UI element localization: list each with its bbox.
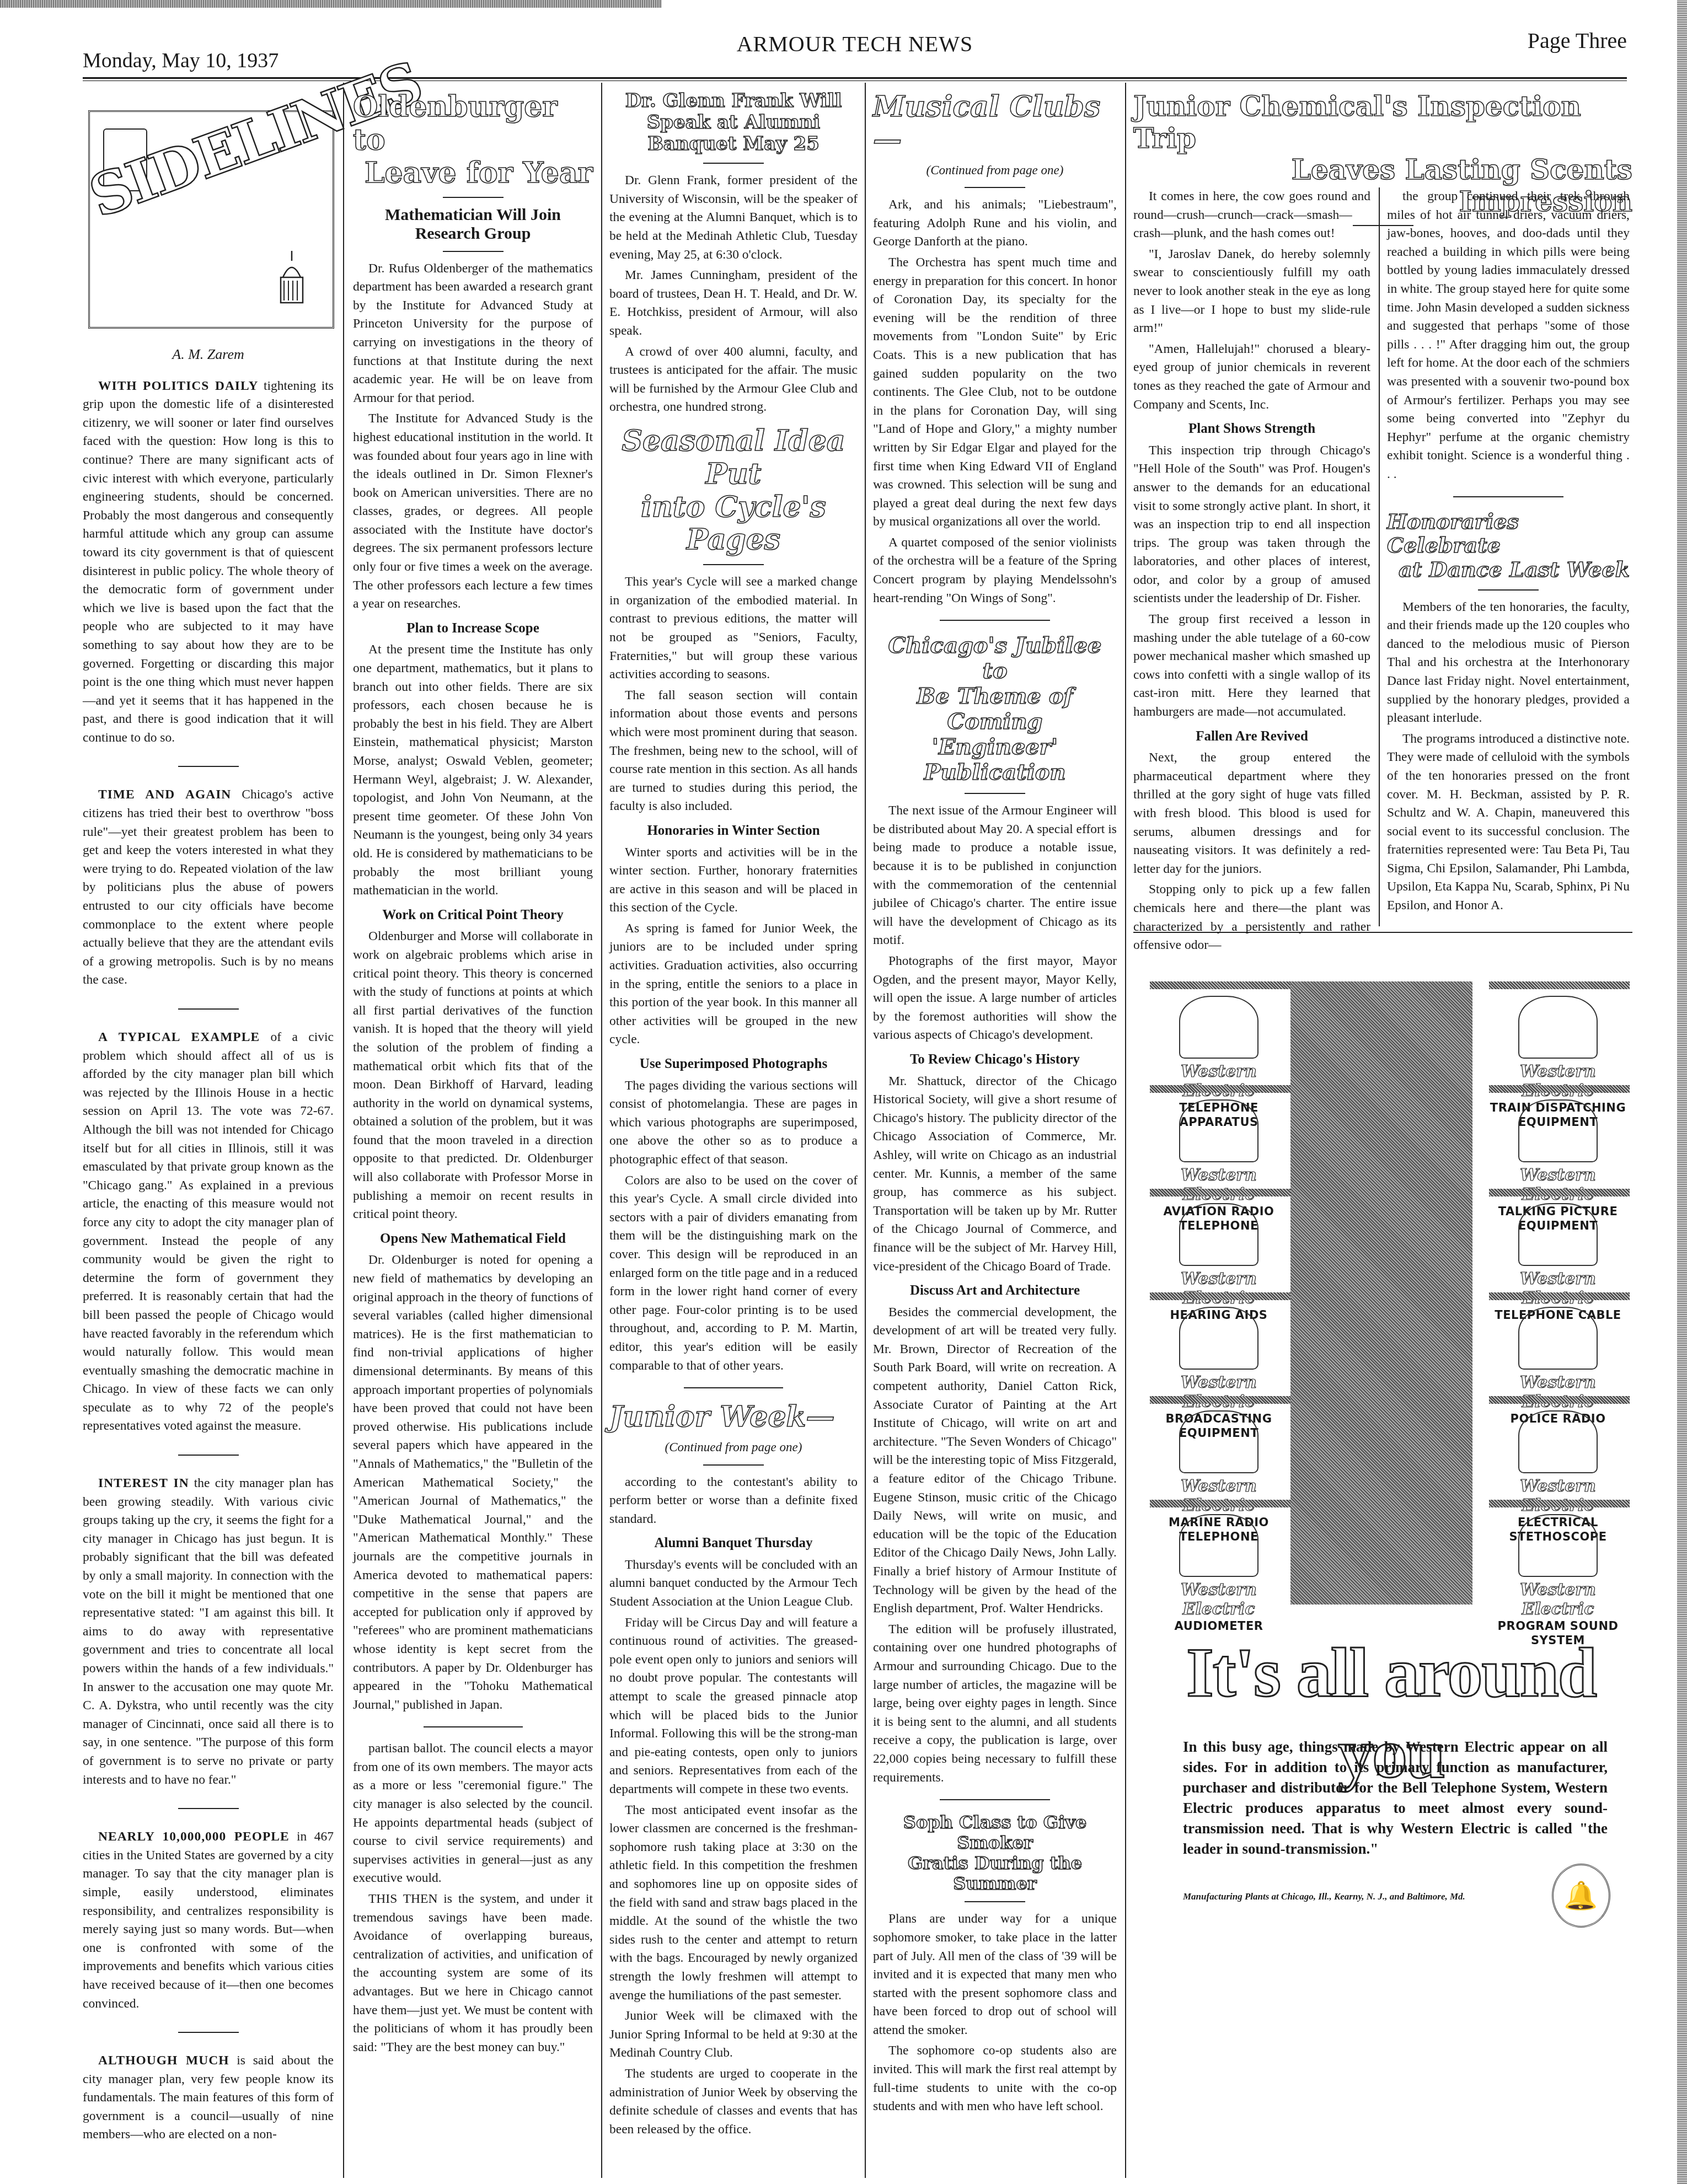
brand-script: Western Electric — [1150, 1062, 1288, 1101]
divider — [965, 187, 1025, 188]
ad-band — [1489, 1500, 1630, 1507]
jubilee-body: The next issue of the Armour Engineer wi… — [873, 802, 1117, 1045]
cycle-body: The pages dividing the various sections … — [609, 1077, 858, 1376]
paragraph: The most anticipated event insofar as th… — [609, 1801, 858, 2005]
ad-band — [1150, 1189, 1290, 1196]
product-illustration-icon — [1518, 1307, 1598, 1370]
jubilee-headline: Chicago's Jubilee to Be Theme of Coming … — [873, 633, 1117, 785]
divider — [1453, 496, 1563, 497]
product-illustration-icon — [1179, 1099, 1258, 1162]
ad-band — [1489, 1189, 1630, 1196]
brand-script: Western Electric — [1150, 1269, 1288, 1308]
ad-band — [1489, 1396, 1630, 1404]
honoraries-body: Members of the ten honoraries, the facul… — [1387, 598, 1630, 915]
headline-line: Gratis During the Summer — [873, 1853, 1117, 1894]
body: Oldenburger and Morse will collaborate i… — [353, 927, 593, 1224]
chemical-col-1: It comes in here, the cow goes round and… — [1133, 187, 1370, 957]
lead-in: INTEREST IN — [98, 1476, 189, 1490]
paragraph: Photographs of the first mayor, Mayor Og… — [873, 952, 1117, 1045]
ad-product: Western Electric AUDIOMETER — [1150, 1511, 1288, 1633]
paragraph: The pages dividing the various sections … — [609, 1077, 858, 1169]
paragraph: Plans are under way for a unique sophomo… — [873, 1910, 1117, 2040]
ad-copy: In this busy age, things made by Western… — [1183, 1737, 1608, 1859]
bell-system-seal-icon: 🔔 — [1552, 1864, 1610, 1928]
divider — [965, 1901, 1025, 1902]
sidelines-paragraph: ALTHOUGH MUCH is said about the city man… — [83, 2052, 334, 2144]
juniorweek-headline: Junior Week— — [609, 1400, 858, 1434]
divider — [684, 1387, 783, 1388]
divider — [443, 197, 504, 198]
continued-note: (Continued from page one) — [873, 161, 1117, 180]
paragraph: Winter sports and activities will be in … — [609, 844, 858, 917]
product-label: AUDIOMETER — [1150, 1619, 1288, 1633]
sidelines-paragraph: INTEREST IN the city manager plan has be… — [83, 1474, 334, 1789]
paragraph: The programs introduced a distinctive no… — [1387, 730, 1630, 915]
continued-note: (Continued from page one) — [609, 1438, 858, 1457]
headline-line: Leave for Year — [353, 157, 593, 190]
product-illustration-icon — [1179, 1514, 1258, 1577]
product-illustration-icon — [1179, 1307, 1258, 1370]
column-divider — [865, 83, 866, 2178]
paragraph: Thursday's events will be concluded with… — [609, 1556, 858, 1612]
ad-band — [1489, 1085, 1630, 1093]
paragraph: The fall season section will contain inf… — [609, 686, 858, 816]
brand-script: Western Electric — [1489, 1373, 1627, 1412]
paragraph: Dr. Oldenburger is noted for opening a n… — [353, 1251, 593, 1714]
brand-script: Western Electric — [1489, 1580, 1627, 1619]
paragraph: the group continued their trek through m… — [1387, 187, 1630, 484]
product-illustration-icon — [1518, 1203, 1598, 1266]
paragraph: A quartet composed of the senior violini… — [873, 534, 1117, 608]
scan-border-right — [1677, 0, 1687, 2184]
cycle-headline: Seasonal Idea Put into Cycle's Pages — [609, 425, 858, 556]
column-divider — [343, 83, 344, 2178]
headline-line: Seasonal Idea Put — [609, 425, 858, 491]
brand-script: Western Electric — [1150, 1580, 1288, 1619]
divider — [178, 1808, 239, 1809]
brand-script: Western Electric — [1489, 1269, 1627, 1308]
subhead: Fallen Are Revived — [1133, 727, 1370, 746]
product-illustration-icon — [1518, 1410, 1598, 1473]
sidelines-continued: partisan ballot. The council elects a ma… — [353, 1740, 593, 2057]
headline-line: Honoraries Celebrate — [1387, 509, 1630, 557]
paragraph-text: Chicago's active citizens has tried thei… — [83, 787, 334, 987]
product-illustration-icon — [1179, 1203, 1258, 1266]
sidelines-body: WITH POLITICS DAILY tightening its grip … — [83, 377, 334, 2144]
paragraph: Members of the ten honoraries, the facul… — [1387, 598, 1630, 728]
deck: Mathematician Will Join Research Group — [353, 206, 593, 243]
subhead: Discuss Art and Architecture — [873, 1281, 1117, 1300]
ad-product-grid: Western Electric TELEPHONE APPARATUS Wes… — [1150, 981, 1632, 1605]
paragraph: Stopping only to pick up a few fallen ch… — [1133, 881, 1370, 954]
musical-body: Ark, and his animals; "Liebestraum", fea… — [873, 196, 1117, 608]
masthead-rule — [83, 77, 1627, 81]
lead-in: WITH POLITICS DAILY — [98, 379, 259, 393]
sidelines-column: SIDELINES A. M. Zarem WITH POLITICS DAIL… — [83, 83, 334, 2147]
column-divider — [1379, 187, 1380, 926]
divider — [965, 793, 1025, 794]
product-illustration-icon — [1179, 1410, 1258, 1473]
divider — [424, 1726, 523, 1727]
paragraph: Mr. Shattuck, director of the Chicago Hi… — [873, 1072, 1117, 1276]
paragraph: Dr. Rufus Oldenberger of the mathematics… — [353, 260, 593, 408]
paragraph: The sophomore co-op students also are in… — [873, 2042, 1117, 2116]
paragraph: The edition will be profusely illustrate… — [873, 1620, 1117, 1787]
column-divider — [1125, 83, 1126, 2178]
headline-line: Soph Class to Give Smoker — [873, 1812, 1117, 1853]
center-left-column: Dr. Glenn Frank Will Speak at Alumni Ban… — [609, 83, 858, 2141]
body: Dr. Rufus Oldenberger of the mathematics… — [353, 260, 593, 614]
divider — [703, 1464, 764, 1466]
paragraph: "I, Jaroslav Danek, do hereby solemnly s… — [1133, 245, 1370, 338]
divider — [178, 766, 239, 767]
honoraries-headline: Honoraries Celebrate at Dance Last Week — [1387, 509, 1630, 582]
paragraph: The next issue of the Armour Engineer wi… — [873, 802, 1117, 950]
body: At the present time the Institute has on… — [353, 641, 593, 900]
paragraph: It comes in here, the cow goes round and… — [1133, 187, 1370, 243]
divider — [940, 1799, 1050, 1800]
paragraph: Colors are also to be used on the cover … — [609, 1172, 858, 1376]
soph-body: Plans are under way for a unique sophomo… — [873, 1910, 1117, 2116]
ad-band — [1150, 1085, 1290, 1093]
musical-headline: Musical Clubs— — [873, 90, 1117, 157]
brand-script: Western Electric — [1489, 1477, 1627, 1515]
paper-name: ARMOUR TECH NEWS — [737, 31, 973, 57]
masthead: Monday, May 10, 1937 ARMOUR TECH NEWS Pa… — [83, 28, 1627, 77]
ad-band — [1489, 981, 1630, 989]
paragraph: The group first received a lesson in mas… — [1133, 610, 1370, 722]
sidelines-paragraph: TIME AND AGAIN Chicago's active citizens… — [83, 786, 334, 990]
headline-line: into Cycle's Pages — [609, 491, 858, 557]
paragraph: Ark, and his animals; "Liebestraum", fea… — [873, 196, 1117, 251]
paragraph: The Institute for Advanced Study is the … — [353, 410, 593, 614]
center-right-column: Musical Clubs— (Continued from page one)… — [873, 83, 1117, 2118]
page-number: Page Three — [1528, 28, 1627, 53]
column-divider — [601, 83, 602, 2178]
chemical-body: It comes in here, the cow goes round and… — [1133, 187, 1370, 414]
paragraph: Junior Week will be climaxed with the Ju… — [609, 2007, 858, 2063]
jubilee-body: Mr. Shattuck, director of the Chicago Hi… — [873, 1072, 1117, 1276]
sidelines-logo: SIDELINES — [88, 110, 334, 329]
frank-headline: Dr. Glenn Frank Will Speak at Alumni Ban… — [609, 90, 858, 155]
product-illustration-icon — [1518, 1514, 1598, 1577]
divider — [443, 251, 504, 252]
paragraph: Dr. Glenn Frank, former president of the… — [609, 171, 858, 264]
subhead: Honoraries in Winter Section — [609, 822, 858, 840]
divider — [1478, 589, 1539, 591]
jubilee-body: Besides the commercial development, the … — [873, 1303, 1117, 1787]
juniorweek-body: Thursday's events will be concluded with… — [609, 1556, 858, 2139]
chemical-body: Next, the group entered the pharmaceutic… — [1133, 749, 1370, 955]
headline: Oldenburger to Leave for Year — [353, 90, 593, 189]
headline-line: Oldenburger to — [353, 90, 593, 157]
divider — [178, 2032, 239, 2033]
ad-band — [1150, 981, 1290, 989]
ad-band — [1150, 1396, 1290, 1404]
chemical-body: the group continued their trek through m… — [1387, 187, 1630, 484]
ad-band — [1489, 1292, 1630, 1300]
chemical-body: This inspection trip through Chicago's "… — [1133, 442, 1370, 722]
western-electric-ad: Western Electric TELEPHONE APPARATUS Wes… — [1150, 981, 1632, 1930]
ad-footer: Manufacturing Plants at Chicago, Ill., K… — [1183, 1891, 1492, 1902]
paragraph: Mr. James Cunningham, president of the b… — [609, 266, 858, 340]
lead-in: A TYPICAL EXAMPLE — [98, 1030, 260, 1044]
brand-script: Western Electric — [1489, 1166, 1627, 1204]
headline-line: 'Engineer' Publication — [873, 734, 1117, 785]
subhead: Opens New Mathematical Field — [353, 1230, 593, 1248]
paragraph: The Orchestra has spent much time and en… — [873, 254, 1117, 532]
subhead: To Review Chicago's History — [873, 1050, 1117, 1069]
paragraph: A crowd of over 400 alumni, faculty, and… — [609, 343, 858, 417]
sidelines-paragraph: NEARLY 10,000,000 PEOPLE in 467 cities i… — [83, 1828, 334, 2013]
cycle-body: This year's Cycle will see a marked chan… — [609, 573, 858, 816]
subhead: Use Superimposed Photographs — [609, 1055, 858, 1074]
paragraph: THIS THEN is the system, and under it tr… — [353, 1890, 593, 2057]
chemical-col-2: the group continued their trek through m… — [1387, 187, 1630, 917]
brand-script: Western Electric — [1150, 1373, 1288, 1412]
lead-in: TIME AND AGAIN — [98, 787, 231, 802]
brand-script: Western Electric — [1150, 1477, 1288, 1515]
paragraph: Besides the commercial development, the … — [873, 1303, 1117, 1618]
divider — [703, 564, 764, 565]
soph-headline: Soph Class to Give Smoker Gratis During … — [873, 1812, 1117, 1893]
product-illustration-icon — [1179, 996, 1258, 1059]
capitol-dome-icon — [275, 250, 308, 305]
subhead: Alumni Banquet Thursday — [609, 1534, 858, 1553]
divider — [178, 1008, 239, 1010]
paragraph: Friday will be Circus Day and will featu… — [609, 1614, 858, 1799]
paragraph: At the present time the Institute has on… — [353, 641, 593, 900]
ad-product: Western Electric PROGRAM SOUND SYSTEM — [1489, 1511, 1627, 1648]
divider — [703, 163, 764, 164]
issue-date: Monday, May 10, 1937 — [83, 49, 279, 73]
product-illustration-icon — [1518, 996, 1598, 1059]
frank-body: Dr. Glenn Frank, former president of the… — [609, 171, 858, 417]
paragraph: partisan ballot. The council elects a ma… — [353, 1740, 593, 1888]
paragraph: The students are urged to cooperate in t… — [609, 2065, 858, 2139]
paragraph: "Amen, Hallelujah!" chorused a bleary-ey… — [1133, 340, 1370, 414]
ad-band — [1150, 1500, 1290, 1507]
juniorweek-body: according to the contestant's ability to… — [609, 1473, 858, 1529]
divider — [940, 620, 1050, 621]
subhead: Work on Critical Point Theory — [353, 906, 593, 925]
paragraph: As spring is famed for Junior Week, the … — [609, 920, 858, 1049]
paragraph: according to the contestant's ability to… — [609, 1473, 858, 1529]
brand-script: Western Electric — [1150, 1166, 1288, 1204]
lead-in: ALTHOUGH MUCH — [98, 2053, 229, 2068]
byline: A. M. Zarem — [83, 345, 334, 364]
paragraph: This year's Cycle will see a marked chan… — [609, 573, 858, 684]
product-illustration-icon — [1518, 1099, 1598, 1162]
brand-script: Western Electric — [1489, 1062, 1627, 1101]
lead-in: NEARLY 10,000,000 PEOPLE — [98, 1829, 290, 1844]
paragraph: Oldenburger and Morse will collaborate i… — [353, 927, 593, 1224]
divider — [178, 1455, 239, 1456]
sidelines-paragraph: WITH POLITICS DAILY tightening its grip … — [83, 377, 334, 748]
headline-line: Be Theme of Coming — [873, 684, 1117, 734]
paragraph: Next, the group entered the pharmaceutic… — [1133, 749, 1370, 878]
paragraph-text: in 467 cities in the United States are g… — [83, 1829, 334, 2010]
headline-line: Chicago's Jubilee to — [873, 633, 1117, 684]
paragraph-text: tightening its grip upon the domestic li… — [83, 379, 334, 745]
subhead: Plant Shows Strength — [1133, 420, 1370, 438]
body: Dr. Oldenburger is noted for opening a n… — [353, 1251, 593, 1714]
ad-divider — [1133, 932, 1632, 933]
oldenburger-article: Oldenburger to Leave for Year Mathematic… — [353, 83, 593, 2059]
sidelines-paragraph: A TYPICAL EXAMPLE of a civic problem whi… — [83, 1028, 334, 1436]
cycle-body: Winter sports and activities will be in … — [609, 844, 858, 1050]
ad-photo — [1290, 981, 1472, 1605]
paragraph-text: of a civic problem which should affect a… — [83, 1030, 334, 1433]
subhead: Plan to Increase Scope — [353, 619, 593, 638]
paragraph-text: the city manager plan has been growing s… — [83, 1476, 334, 1787]
scan-border — [0, 0, 662, 8]
paragraph: This inspection trip through Chicago's "… — [1133, 442, 1370, 608]
headline-line: Junior Chemical's Inspection Trip — [1133, 90, 1632, 154]
ad-band — [1150, 1292, 1290, 1300]
headline-line: at Dance Last Week — [1387, 557, 1630, 582]
